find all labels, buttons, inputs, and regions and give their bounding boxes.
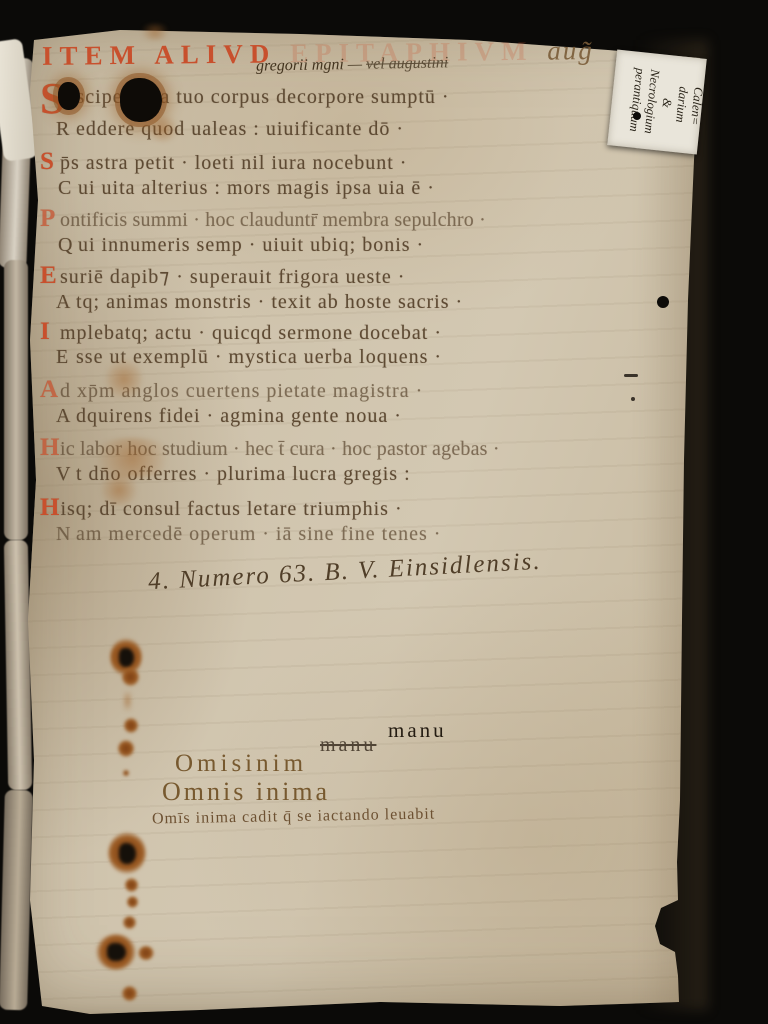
verse-text: ui uita alterius : mors magis ipsa uia ē…: [78, 177, 435, 199]
burn-hole: [120, 78, 162, 122]
shelf-label-text: Calen= darium & Necrologium perantiquum: [609, 50, 709, 155]
verse-initial: N: [56, 523, 76, 546]
interlinear-struck: vel augustini: [366, 54, 449, 72]
ink-blot: [124, 718, 138, 733]
verse-initial: S: [40, 148, 60, 176]
shelf-label: Calen= darium & Necrologium perantiquum: [607, 50, 707, 155]
ink-blot: [138, 946, 154, 960]
wormhole: [657, 296, 669, 308]
verse-line: Sp̄s astra petit · loeti nil iura nocebu…: [40, 148, 407, 176]
ink-blot: [108, 832, 146, 874]
verse-text: p̄s astra petit · loeti nil iura nocebun…: [60, 152, 407, 174]
burn-hole: [58, 82, 80, 110]
verse-initial: A: [40, 376, 60, 404]
verse-line: Esuriē dapib⁊ · superauit frigora ueste …: [40, 262, 405, 290]
rust-stain: [106, 356, 142, 402]
edge-shadow: [638, 40, 708, 1010]
ink-blot: [123, 916, 136, 929]
verse-line: Atq; animas monstris · texit ab hoste sa…: [56, 291, 463, 314]
verse-text: mplebatq; actu · quicqd sermone docebat …: [60, 322, 442, 344]
verse-text: am mercedē operum · iā sine fine tenes ·: [76, 523, 441, 545]
ink-dot: [633, 112, 641, 120]
rust-stain: [146, 116, 180, 142]
verse-line: Suscipe terra tuo corpus decorpore sumpt…: [40, 86, 450, 109]
verse-text: ontificis summi · hoc clauduntr̄ membra …: [60, 209, 486, 231]
verse-initial: Q: [58, 234, 78, 257]
binding-stub: [4, 540, 32, 790]
verse-line: Ad xp̄m anglos cuertens pietate magistra…: [40, 376, 423, 404]
verse-line: Adquirens fidei · agmina gente noua ·: [56, 405, 402, 428]
verse-initial: P: [40, 205, 60, 233]
pen-trial-1: Omisinim: [175, 750, 307, 778]
verse-line: Qui innumeris semp · uiuit ubiq; bonis ·: [58, 234, 424, 257]
verse-initial: A: [56, 291, 76, 314]
pen-trial-manu: manu: [388, 718, 447, 743]
verse-line: Implebatq; actu · quicqd sermone docebat…: [40, 318, 442, 346]
rust-stain: [86, 438, 178, 478]
drip-line: [124, 686, 131, 716]
ink-blot: [96, 934, 136, 970]
verse-initial: H: [40, 494, 60, 522]
ink-blot: [125, 878, 138, 892]
ink-blot: [122, 668, 139, 686]
rust-stain: [98, 474, 140, 506]
verse-initial: E: [40, 262, 60, 290]
rubric-trailing: aug̃: [547, 35, 594, 65]
verse-line: Hisq; dī consul factus letare triumphis …: [40, 494, 403, 522]
verse-line: Reddere quod ualeas : uiuificante dō ·: [56, 118, 404, 141]
verse-line: Cui uita alterius : mors magis ipsa uia …: [58, 177, 435, 200]
rubric-main: ITEM ALIVD: [42, 38, 277, 70]
verse-initial: H: [40, 434, 60, 462]
binding-stub: [0, 790, 33, 1011]
ink-blot: [127, 896, 138, 908]
manuscript-photo: ITEM ALIVD EPITAPHIVM aug̃ gregorii mgni…: [0, 0, 768, 1024]
ink-blot: [122, 986, 137, 1001]
ink-dot: [631, 397, 635, 401]
verse-initial: A: [56, 405, 76, 428]
verse-text: dquirens fidei · agmina gente noua ·: [76, 405, 402, 427]
verse-line: Pontificis summi · hoc clauduntr̄ membra…: [40, 205, 486, 233]
verse-initial: C: [58, 177, 78, 200]
ink-dash: [624, 374, 638, 377]
verse-text: suriē dapib⁊ · superauit frigora ueste ·: [60, 266, 405, 288]
verse-text: eddere quod ualeas : uiuificante dō ·: [76, 118, 404, 140]
pen-trial-manu-struck: manu: [320, 734, 376, 757]
verse-initial: E: [56, 346, 76, 369]
verse-initial: R: [56, 118, 76, 141]
verse-text: ui innumeris semp · uiuit ubiq; bonis ·: [78, 234, 424, 256]
verse-initial: V: [56, 463, 76, 486]
verse-initial: I: [40, 318, 60, 346]
rust-stain: [138, 24, 172, 40]
ink-dot: [123, 770, 129, 776]
interlinear-attribution: gregorii mgni —: [256, 56, 362, 75]
verse-text: tq; animas monstris · texit ab hoste sac…: [76, 291, 463, 313]
verse-line: Nam mercedē operum · iā sine fine tenes …: [56, 523, 441, 546]
pen-trial-2: Omnis inima: [162, 777, 330, 807]
ink-blot: [118, 740, 134, 757]
binding-stub: [4, 260, 28, 540]
interlinear-note: gregorii mgni — vel augustini: [256, 54, 449, 75]
